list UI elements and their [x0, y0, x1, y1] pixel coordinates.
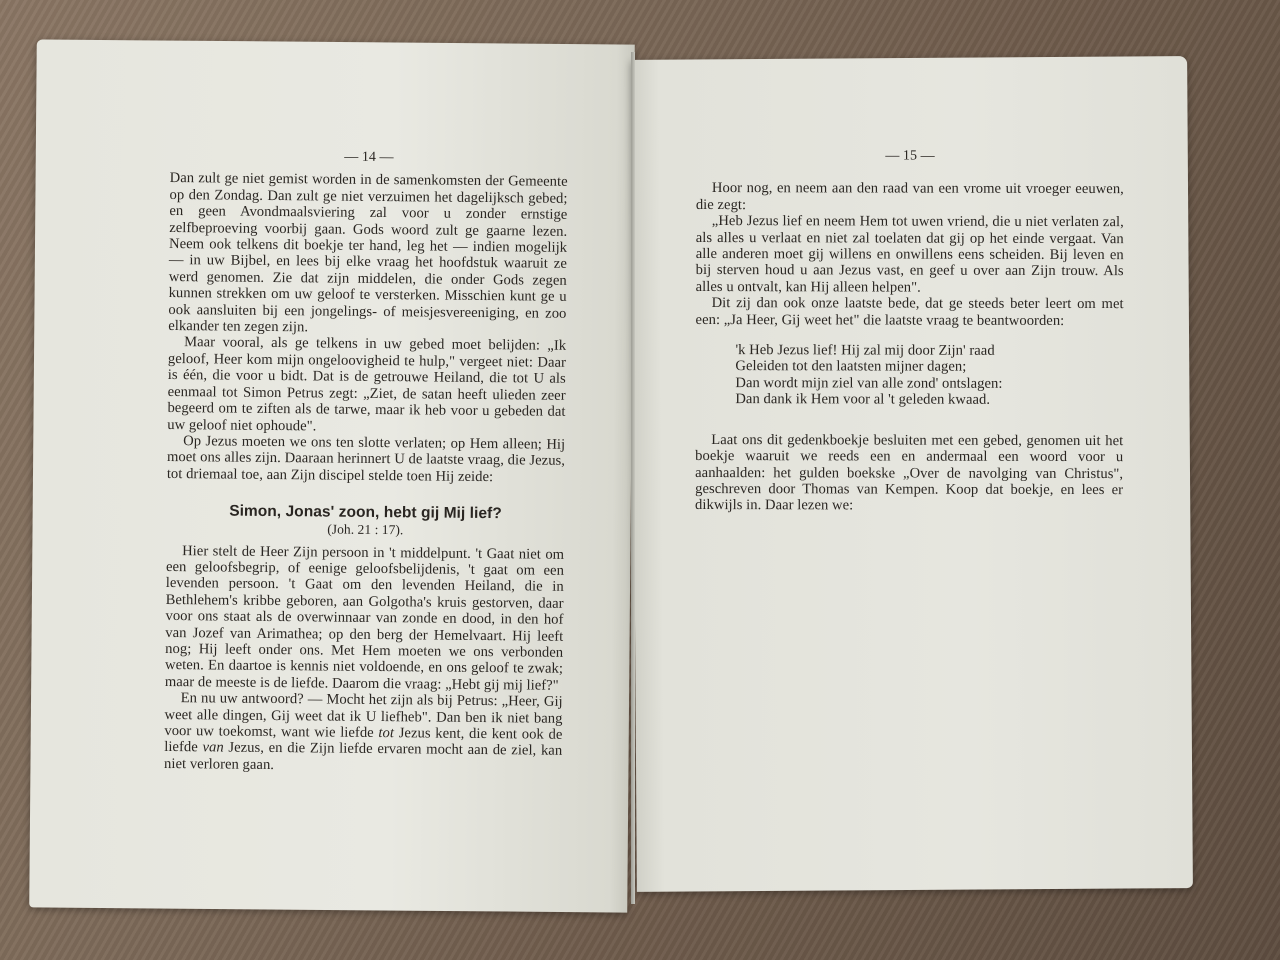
paragraph: Laat ons dit gedenkboekje besluiten met … — [695, 432, 1123, 515]
paragraph: „Heb Jezus lief en neem Hem tot uwen vri… — [696, 213, 1124, 296]
paragraph: Dan zult ge niet gemist worden in de sam… — [168, 170, 568, 338]
paragraph: Op Jezus moeten we ons ten slotte verlat… — [167, 433, 565, 486]
paragraph: Hier stelt de Heer Zijn persoon in 't mi… — [165, 543, 564, 694]
verse-line: Dan dank ik Hem voor al 't geleden kwaad… — [735, 391, 1123, 408]
scripture-reference: (Joh. 21 : 17). — [166, 520, 564, 540]
left-page-text: — 14 — Dan zult ge niet gemist worden in… — [164, 148, 568, 776]
verse-line: Geleiden tot den laatsten mijner dagen; — [735, 359, 1123, 376]
verse-line: 'k Heb Jezus lief! Hij zal mij door Zijn… — [735, 342, 1123, 359]
paragraph: Hoor nog, en neem aan den raad van een v… — [696, 180, 1124, 214]
verse-line: Dan wordt mijn ziel van alle zond' ontsl… — [735, 375, 1123, 392]
paragraph: Dit zij dan ook onze laatste bede, dat g… — [696, 295, 1124, 329]
page-number: — 14 — — [170, 148, 568, 168]
italic-word: tot — [378, 725, 394, 741]
poem-verse: 'k Heb Jezus lief! Hij zal mij door Zijn… — [735, 342, 1123, 409]
page-number: — 15 — — [696, 148, 1124, 166]
text-run: Jezus, en die Zijn liefde ervaren mocht … — [164, 740, 562, 773]
paragraph: Maar vooral, als ge telkens in uw gebed … — [167, 334, 566, 436]
booklet-spine — [631, 52, 635, 904]
italic-word: van — [202, 740, 223, 756]
right-page-text: — 15 — Hoor nog, en neem aan den raad va… — [695, 148, 1124, 515]
paragraph: En nu uw antwoord? — Mocht het zijn als … — [164, 690, 563, 776]
